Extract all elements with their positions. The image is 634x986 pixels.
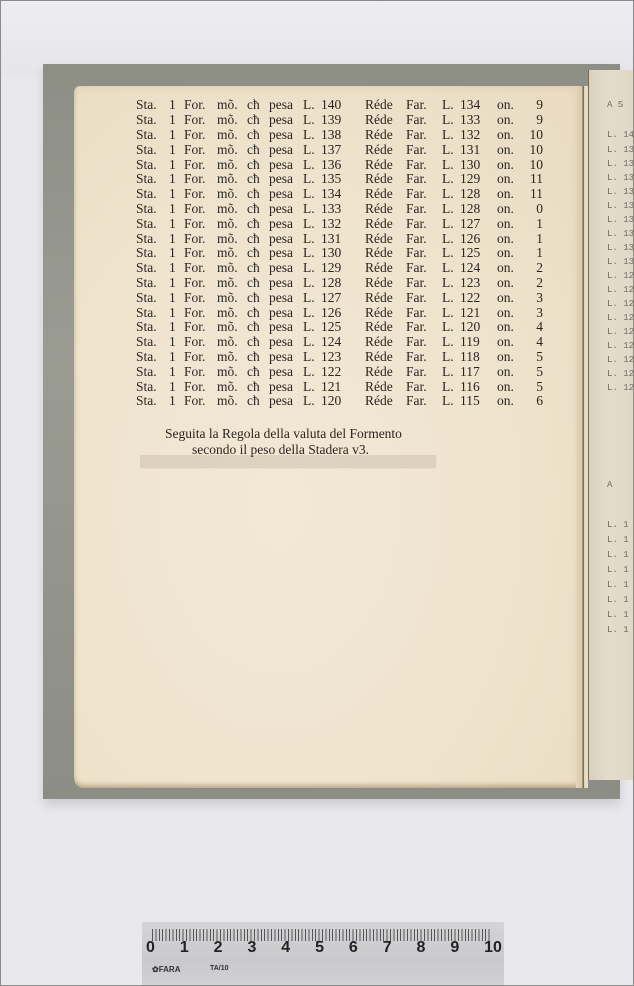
caption-line-1: Seguita la Regola della valuta del Forme…: [165, 426, 465, 442]
cell-oz: 3: [525, 290, 543, 306]
cell-far: Far.: [406, 319, 442, 335]
cell-ch: cħ: [247, 334, 269, 350]
cell-mo: mõ.: [217, 171, 247, 187]
cell-ch: cħ: [247, 142, 269, 158]
cell-on: on.: [497, 171, 525, 187]
cell-pesa: pesa: [269, 171, 303, 187]
cell-l: L.: [303, 112, 321, 128]
facing-page-fragment: L. 1: [607, 625, 629, 635]
cell-oz: 1: [525, 216, 543, 232]
cell-oz: 5: [525, 379, 543, 395]
cell-on: on.: [497, 379, 525, 395]
cell-l: L.: [303, 245, 321, 261]
table-row: Sta.1For.mõ.cħpesaL.120RédeFar.L.115on.6: [136, 394, 543, 409]
cell-out: 126: [460, 231, 497, 247]
cell-on: on.: [497, 142, 525, 158]
cell-oz: 4: [525, 334, 543, 350]
cell-n: 1: [169, 319, 184, 335]
cell-on: on.: [497, 349, 525, 365]
cell-weight: 133: [321, 201, 365, 217]
cell-for: For.: [184, 112, 217, 128]
cell-n: 1: [169, 379, 184, 395]
cell-out: 128: [460, 186, 497, 202]
cell-mo: mõ.: [217, 142, 247, 158]
cell-n: 1: [169, 201, 184, 217]
cell-weight: 137: [321, 142, 365, 158]
cell-mo: mõ.: [217, 305, 247, 321]
cell-pesa: pesa: [269, 97, 303, 113]
cell-n: 1: [169, 349, 184, 365]
cell-pesa: pesa: [269, 201, 303, 217]
cell-out: 133: [460, 112, 497, 128]
cell-ch: cħ: [247, 245, 269, 261]
ruler-number: 4: [281, 939, 290, 957]
cell-sta: Sta.: [136, 379, 169, 395]
cell-weight: 123: [321, 349, 365, 365]
cell-mo: mõ.: [217, 186, 247, 202]
facing-page-fragment: L. 13: [607, 173, 634, 183]
cell-for: For.: [184, 97, 217, 113]
cell-oz: 3: [525, 305, 543, 321]
cell-l: L.: [303, 142, 321, 158]
cell-oz: 2: [525, 275, 543, 291]
table-row: Sta.1For.mõ.cħpesaL.126RédeFar.L.121on.3: [136, 305, 543, 320]
cell-l2: L.: [442, 364, 460, 380]
cell-ch: cħ: [247, 157, 269, 173]
cell-rede: Réde: [365, 364, 406, 380]
cell-far: Far.: [406, 349, 442, 365]
cell-ch: cħ: [247, 319, 269, 335]
cell-rede: Réde: [365, 379, 406, 395]
cell-oz: 9: [525, 97, 543, 113]
cell-mo: mõ.: [217, 275, 247, 291]
facing-page-fragment: L. 13: [607, 145, 634, 155]
cell-pesa: pesa: [269, 245, 303, 261]
cell-far: Far.: [406, 157, 442, 173]
facing-page-fragment: L. 12: [607, 327, 634, 337]
ruler-number: 9: [450, 939, 459, 957]
cell-l2: L.: [442, 231, 460, 247]
cell-on: on.: [497, 260, 525, 276]
cell-pesa: pesa: [269, 379, 303, 395]
cell-l: L.: [303, 127, 321, 143]
cell-weight: 127: [321, 290, 365, 306]
cell-n: 1: [169, 97, 184, 113]
table-row: Sta.1For.mõ.cħpesaL.138RédeFar.L.132on.1…: [136, 128, 543, 143]
cell-l: L.: [303, 349, 321, 365]
cell-out: 132: [460, 127, 497, 143]
cell-weight: 132: [321, 216, 365, 232]
cell-pesa: pesa: [269, 142, 303, 158]
cell-l: L.: [303, 231, 321, 247]
cell-n: 1: [169, 290, 184, 306]
cell-l: L.: [303, 260, 321, 276]
facing-page-fragment: L. 13: [607, 201, 634, 211]
cell-n: 1: [169, 171, 184, 187]
cell-rede: Réde: [365, 319, 406, 335]
cell-out: 119: [460, 334, 497, 350]
cell-sta: Sta.: [136, 275, 169, 291]
cell-oz: 9: [525, 112, 543, 128]
cell-l: L.: [303, 319, 321, 335]
facing-page-fragment: L. 12: [607, 355, 634, 365]
cell-for: For.: [184, 305, 217, 321]
cell-weight: 125: [321, 319, 365, 335]
cell-mo: mõ.: [217, 97, 247, 113]
cell-ch: cħ: [247, 305, 269, 321]
cell-far: Far.: [406, 305, 442, 321]
facing-page-fragment: L. 12: [607, 341, 634, 351]
cell-out: 125: [460, 245, 497, 261]
ruler-number: 3: [247, 939, 256, 957]
cell-ch: cħ: [247, 127, 269, 143]
ruler-number: 6: [349, 939, 358, 957]
ruler-brand-label: FARA: [159, 965, 181, 974]
ruler-number: 7: [383, 939, 392, 957]
cell-out: 115: [460, 393, 497, 409]
cell-l2: L.: [442, 349, 460, 365]
table-row: Sta.1For.mõ.cħpesaL.136RédeFar.L.130on.1…: [136, 157, 543, 172]
table-row: Sta.1For.mõ.cħpesaL.132RédeFar.L.127on.1: [136, 216, 543, 231]
cell-rede: Réde: [365, 186, 406, 202]
cell-weight: 131: [321, 231, 365, 247]
cell-rede: Réde: [365, 216, 406, 232]
cell-for: For.: [184, 379, 217, 395]
cell-ch: cħ: [247, 231, 269, 247]
cell-for: For.: [184, 275, 217, 291]
cell-l: L.: [303, 97, 321, 113]
cell-mo: mõ.: [217, 290, 247, 306]
cell-oz: 10: [525, 142, 543, 158]
cell-for: For.: [184, 393, 217, 409]
cell-weight: 120: [321, 393, 365, 409]
table-caption: Seguita la Regola della valuta del Forme…: [165, 426, 465, 458]
cell-far: Far.: [406, 275, 442, 291]
cell-n: 1: [169, 393, 184, 409]
page-gutter: [576, 86, 588, 788]
cell-oz: 11: [525, 186, 543, 202]
cell-l: L.: [303, 216, 321, 232]
cell-sta: Sta.: [136, 245, 169, 261]
cell-l2: L.: [442, 171, 460, 187]
cell-l: L.: [303, 186, 321, 202]
cell-l: L.: [303, 201, 321, 217]
ruler-number: 1: [180, 939, 189, 957]
cell-on: on.: [497, 157, 525, 173]
facing-page-fragment: L. 13: [607, 187, 634, 197]
cell-far: Far.: [406, 127, 442, 143]
facing-page-fragment: L. 1: [607, 550, 629, 560]
table-row: Sta.1For.mõ.cħpesaL.130RédeFar.L.125on.1: [136, 246, 543, 261]
cell-ch: cħ: [247, 290, 269, 306]
cell-out: 123: [460, 275, 497, 291]
facing-page-fragment: L. 13: [607, 159, 634, 169]
cell-l2: L.: [442, 393, 460, 409]
ruler-brand: ✿FARA: [152, 965, 180, 974]
cell-oz: 2: [525, 260, 543, 276]
cell-pesa: pesa: [269, 231, 303, 247]
cell-l2: L.: [442, 260, 460, 276]
facing-page-fragment: L. 12: [607, 369, 634, 379]
facing-page-fragment: L. 13: [607, 229, 634, 239]
table-row: Sta.1For.mõ.cħpesaL.129RédeFar.L.124on.2: [136, 261, 543, 276]
cell-rede: Réde: [365, 142, 406, 158]
facing-page-fragment: L. 1: [607, 595, 629, 605]
cell-sta: Sta.: [136, 97, 169, 113]
cell-oz: 11: [525, 171, 543, 187]
cell-out: 116: [460, 379, 497, 395]
cell-for: For.: [184, 216, 217, 232]
cell-for: For.: [184, 245, 217, 261]
cell-on: on.: [497, 364, 525, 380]
cell-n: 1: [169, 364, 184, 380]
cell-out: 117: [460, 364, 497, 380]
cell-on: on.: [497, 334, 525, 350]
cell-mo: mõ.: [217, 364, 247, 380]
cell-on: on.: [497, 216, 525, 232]
cell-oz: 6: [525, 393, 543, 409]
cell-oz: 5: [525, 364, 543, 380]
cell-l2: L.: [442, 319, 460, 335]
cell-far: Far.: [406, 171, 442, 187]
cell-far: Far.: [406, 334, 442, 350]
cell-sta: Sta.: [136, 364, 169, 380]
cell-oz: 10: [525, 127, 543, 143]
table-row: Sta.1For.mõ.cħpesaL.131RédeFar.L.126on.1: [136, 231, 543, 246]
cell-far: Far.: [406, 379, 442, 395]
cell-rede: Réde: [365, 275, 406, 291]
cell-sta: Sta.: [136, 112, 169, 128]
cell-rede: Réde: [365, 245, 406, 261]
cell-pesa: pesa: [269, 393, 303, 409]
cell-on: on.: [497, 186, 525, 202]
cell-l2: L.: [442, 290, 460, 306]
cell-n: 1: [169, 245, 184, 261]
table-row: Sta.1For.mõ.cħpesaL.135RédeFar.L.129on.1…: [136, 172, 543, 187]
ruler-number: 10: [484, 939, 502, 957]
cell-on: on.: [497, 245, 525, 261]
ruler-number: 2: [214, 939, 223, 957]
cell-ch: cħ: [247, 201, 269, 217]
cell-weight: 135: [321, 171, 365, 187]
ruler-number: 5: [315, 939, 324, 957]
cell-for: For.: [184, 260, 217, 276]
conversion-table: Sta.1For.mõ.cħpesaL.140RédeFar.L.134on.9…: [136, 98, 543, 409]
cell-weight: 130: [321, 245, 365, 261]
cell-pesa: pesa: [269, 305, 303, 321]
cell-oz: 0: [525, 201, 543, 217]
cell-ch: cħ: [247, 349, 269, 365]
cell-weight: 136: [321, 157, 365, 173]
cell-ch: cħ: [247, 393, 269, 409]
cell-far: Far.: [406, 97, 442, 113]
cell-l2: L.: [442, 97, 460, 113]
cell-n: 1: [169, 305, 184, 321]
cell-mo: mõ.: [217, 245, 247, 261]
cell-n: 1: [169, 216, 184, 232]
cell-for: For.: [184, 171, 217, 187]
cell-sta: Sta.: [136, 349, 169, 365]
facing-page-fragment: L. 1: [607, 535, 629, 545]
table-row: Sta.1For.mõ.cħpesaL.139RédeFar.L.133on.9: [136, 113, 543, 128]
cell-sta: Sta.: [136, 216, 169, 232]
cell-n: 1: [169, 112, 184, 128]
table-row: Sta.1For.mõ.cħpesaL.125RédeFar.L.120on.4: [136, 320, 543, 335]
cell-l2: L.: [442, 142, 460, 158]
cell-ch: cħ: [247, 186, 269, 202]
cell-rede: Réde: [365, 112, 406, 128]
cell-rede: Réde: [365, 260, 406, 276]
cell-ch: cħ: [247, 275, 269, 291]
cell-l2: L.: [442, 127, 460, 143]
cell-for: For.: [184, 201, 217, 217]
cell-l2: L.: [442, 112, 460, 128]
cell-sta: Sta.: [136, 157, 169, 173]
cell-sta: Sta.: [136, 171, 169, 187]
cell-l2: L.: [442, 379, 460, 395]
cell-sta: Sta.: [136, 334, 169, 350]
cell-n: 1: [169, 186, 184, 202]
cell-sta: Sta.: [136, 319, 169, 335]
cell-on: on.: [497, 231, 525, 247]
cell-n: 1: [169, 127, 184, 143]
cell-on: on.: [497, 290, 525, 306]
facing-page-fragment: L. 12: [607, 383, 634, 393]
cell-pesa: pesa: [269, 127, 303, 143]
table-row: Sta.1For.mõ.cħpesaL.140RédeFar.L.134on.9: [136, 98, 543, 113]
cell-on: on.: [497, 275, 525, 291]
cell-mo: mõ.: [217, 231, 247, 247]
cell-on: on.: [497, 305, 525, 321]
cell-weight: 121: [321, 379, 365, 395]
cell-ch: cħ: [247, 112, 269, 128]
cell-n: 1: [169, 334, 184, 350]
ruler-number: 8: [417, 939, 426, 957]
table-row: Sta.1For.mõ.cħpesaL.133RédeFar.L.128on.0: [136, 202, 543, 217]
cell-on: on.: [497, 319, 525, 335]
cell-l: L.: [303, 364, 321, 380]
cell-ch: cħ: [247, 260, 269, 276]
cell-out: 130: [460, 157, 497, 173]
cell-pesa: pesa: [269, 275, 303, 291]
cell-l2: L.: [442, 201, 460, 217]
cell-for: For.: [184, 127, 217, 143]
cell-mo: mõ.: [217, 334, 247, 350]
facing-page-fragment: L. 1: [607, 520, 629, 530]
cell-l: L.: [303, 290, 321, 306]
table-row: Sta.1For.mõ.cħpesaL.124RédeFar.L.119on.4: [136, 335, 543, 350]
cell-rede: Réde: [365, 171, 406, 187]
bleed-through-text: ██████████████████████████████████████: [140, 455, 555, 482]
cell-for: For.: [184, 364, 217, 380]
cell-weight: 139: [321, 112, 365, 128]
facing-page-fragment: L. 12: [607, 271, 634, 281]
cell-on: on.: [497, 112, 525, 128]
cell-l2: L.: [442, 305, 460, 321]
cell-l: L.: [303, 275, 321, 291]
cell-far: Far.: [406, 112, 442, 128]
cell-rede: Réde: [365, 290, 406, 306]
facing-page-fragment: L. 12: [607, 299, 634, 309]
cell-mo: mõ.: [217, 127, 247, 143]
cell-oz: 10: [525, 157, 543, 173]
cell-sta: Sta.: [136, 231, 169, 247]
facing-page-fragment: L. 12: [607, 285, 634, 295]
facing-page-fragment: L. 1: [607, 565, 629, 575]
cell-l2: L.: [442, 186, 460, 202]
cell-for: For.: [184, 349, 217, 365]
table-row: Sta.1For.mõ.cħpesaL.134RédeFar.L.128on.1…: [136, 187, 543, 202]
cell-mo: mõ.: [217, 112, 247, 128]
cell-weight: 134: [321, 186, 365, 202]
cell-l: L.: [303, 305, 321, 321]
ruler-number: 0: [146, 939, 155, 957]
cell-weight: 126: [321, 305, 365, 321]
cell-pesa: pesa: [269, 349, 303, 365]
cell-rede: Réde: [365, 393, 406, 409]
facing-page-fragment: L. 13: [607, 257, 634, 267]
cell-ch: cħ: [247, 364, 269, 380]
cell-l2: L.: [442, 216, 460, 232]
cell-far: Far.: [406, 393, 442, 409]
cell-out: 128: [460, 201, 497, 217]
cell-far: Far.: [406, 186, 442, 202]
cell-weight: 138: [321, 127, 365, 143]
cell-l: L.: [303, 334, 321, 350]
facing-page-fragment: L. 13: [607, 243, 634, 253]
scale-ruler: 012345678910 ✿FARA TA/10: [142, 922, 504, 986]
cell-out: 122: [460, 290, 497, 306]
cell-far: Far.: [406, 290, 442, 306]
facing-page-fragment: A: [607, 480, 612, 490]
cell-pesa: pesa: [269, 334, 303, 350]
facing-page-edge: A SL. 14L. 13L. 13L. 13L. 13L. 13L. 13L.…: [588, 70, 634, 780]
facing-page-fragment: L. 12: [607, 313, 634, 323]
cell-ch: cħ: [247, 97, 269, 113]
cell-l: L.: [303, 379, 321, 395]
cell-far: Far.: [406, 201, 442, 217]
cell-pesa: pesa: [269, 364, 303, 380]
cell-rede: Réde: [365, 334, 406, 350]
cell-rede: Réde: [365, 127, 406, 143]
cell-rede: Réde: [365, 201, 406, 217]
cell-on: on.: [497, 201, 525, 217]
table-row: Sta.1For.mõ.cħpesaL.137RédeFar.L.131on.1…: [136, 142, 543, 157]
facing-page-fragment: A S: [607, 100, 623, 110]
cell-sta: Sta.: [136, 201, 169, 217]
cell-pesa: pesa: [269, 216, 303, 232]
cell-on: on.: [497, 97, 525, 113]
table-row: Sta.1For.mõ.cħpesaL.121RédeFar.L.116on.5: [136, 379, 543, 394]
cell-weight: 122: [321, 364, 365, 380]
cell-weight: 128: [321, 275, 365, 291]
cell-pesa: pesa: [269, 290, 303, 306]
cell-l2: L.: [442, 275, 460, 291]
cell-weight: 124: [321, 334, 365, 350]
cell-mo: mõ.: [217, 379, 247, 395]
cell-out: 127: [460, 216, 497, 232]
cell-n: 1: [169, 142, 184, 158]
cell-mo: mõ.: [217, 393, 247, 409]
table-row: Sta.1For.mõ.cħpesaL.123RédeFar.L.118on.5: [136, 350, 543, 365]
cell-sta: Sta.: [136, 305, 169, 321]
cell-sta: Sta.: [136, 127, 169, 143]
cell-out: 121: [460, 305, 497, 321]
cell-sta: Sta.: [136, 290, 169, 306]
cell-far: Far.: [406, 231, 442, 247]
cell-sta: Sta.: [136, 260, 169, 276]
cell-mo: mõ.: [217, 260, 247, 276]
